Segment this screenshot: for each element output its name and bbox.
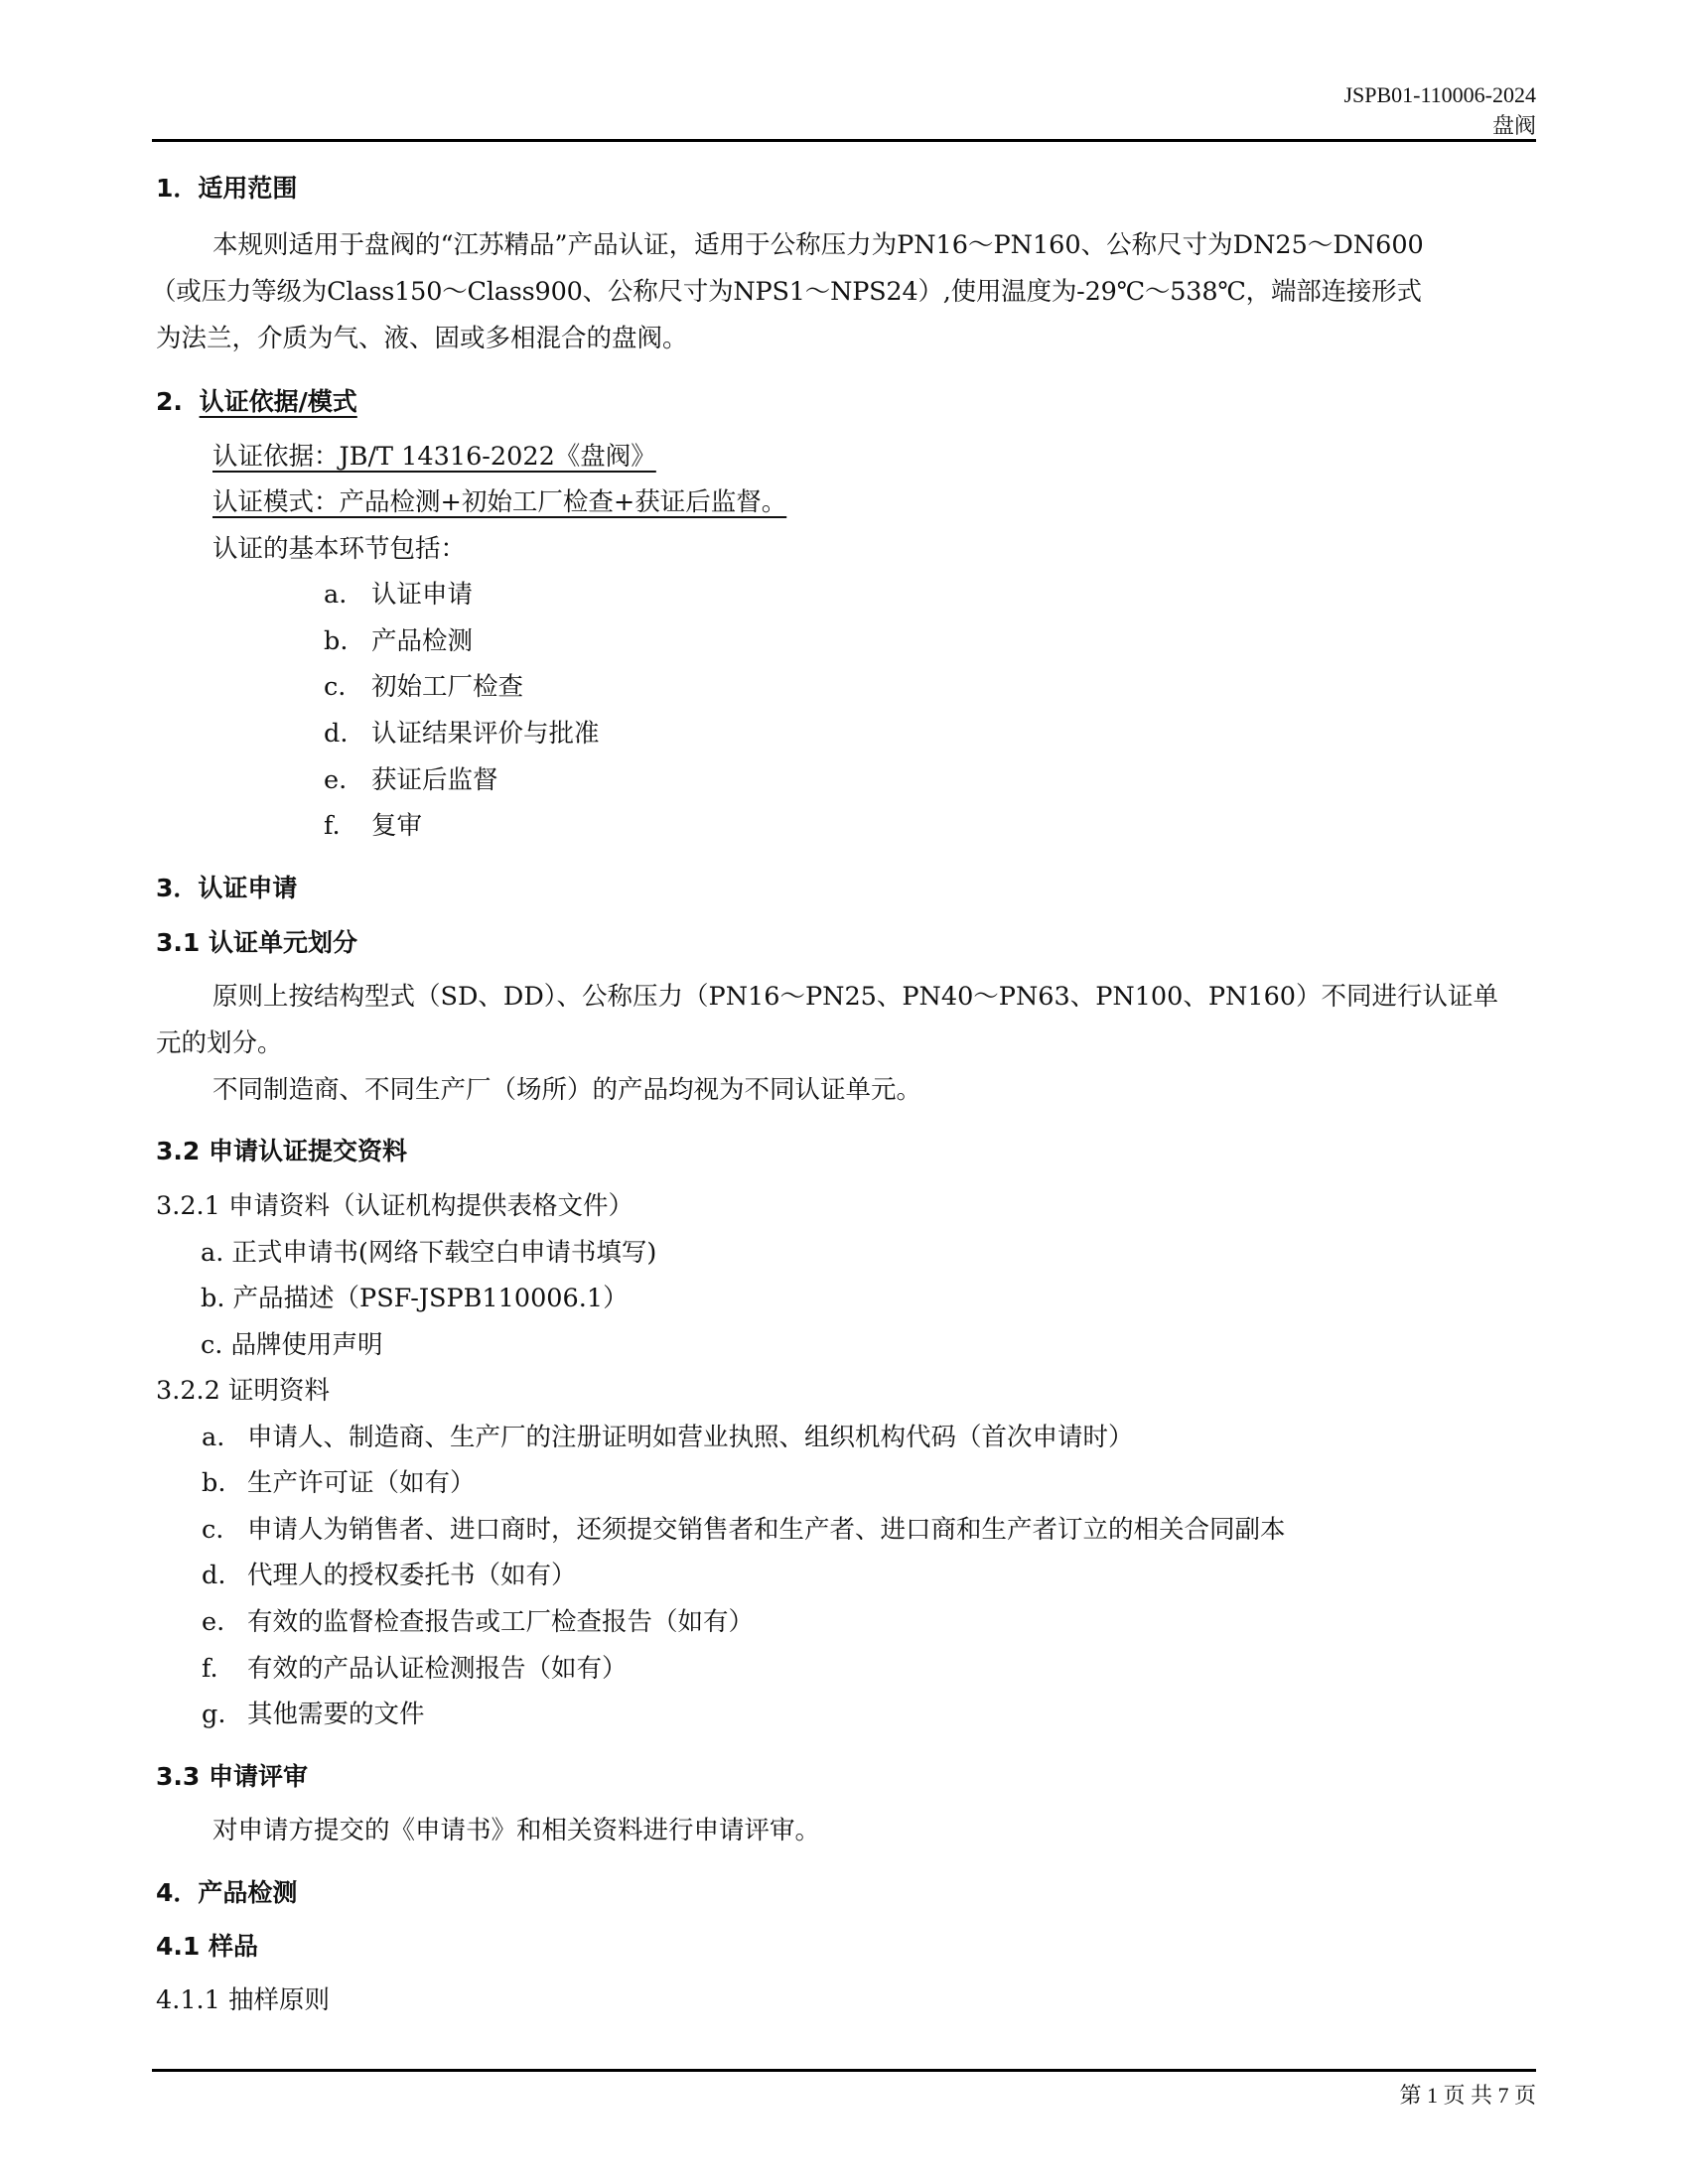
section-3-1-para-line-1: 原则上按结构型式（SD、DD）、公称压力（PN16～PN25、PN40～PN63…: [212, 980, 1498, 1014]
section-4-heading: 4．产品检测: [156, 1876, 297, 1910]
section-3-1-heading: 3.1 认证单元划分: [156, 926, 357, 960]
section-2-title: 认证依据/模式: [200, 387, 357, 416]
proof-doc-item: a.申请人、制造商、生产厂的注册证明如营业执照、组织机构代码（首次申请时）: [202, 1421, 1134, 1454]
section-3-3-para: 对申请方提交的《申请书》和相关资料进行申请评审。: [212, 1814, 820, 1847]
proof-doc-item: d.代理人的授权委托书（如有）: [202, 1559, 577, 1592]
section-4-1-heading: 4.1 样品: [156, 1930, 258, 1964]
section-3-2-heading: 3.2 申请认证提交资料: [156, 1135, 407, 1168]
application-doc-item: c. 品牌使用声明: [201, 1328, 383, 1362]
application-doc-item: b. 产品描述（PSF-JSPB110006.1）: [201, 1282, 629, 1315]
steps-intro: 认证的基本环节包括：: [212, 532, 466, 566]
doc-code: JSPB01-110006-2024: [1343, 79, 1536, 110]
section-3-1-para-line-2: 元的划分。: [156, 1026, 283, 1060]
header-rule: [152, 139, 1536, 142]
proof-doc-item: f.有效的产品认证检测报告（如有）: [202, 1652, 628, 1686]
doc-subject: 盘阀: [1343, 110, 1536, 141]
step-item: f.复审: [324, 809, 422, 843]
page-header: JSPB01-110006-2024 盘阀: [1343, 79, 1536, 141]
section-4-1-1-heading: 4.1.1 抽样原则: [156, 1983, 330, 2017]
step-item: c.初始工厂检查: [324, 670, 523, 704]
section-1-heading: 1．适用范围: [156, 172, 297, 205]
proof-doc-item: c.申请人为销售者、进口商时，还须提交销售者和生产者、进口商和生产者订立的相关合…: [202, 1513, 1286, 1547]
proof-doc-item: g.其他需要的文件: [202, 1698, 425, 1731]
section-3-2-2-heading: 3.2.2 证明资料: [156, 1374, 330, 1408]
section-3-2-1-heading: 3.2.1 申请资料（认证机构提供表格文件）: [156, 1189, 633, 1223]
section-2-heading: 2. 认证依据/模式: [156, 385, 357, 419]
proof-doc-item: e.有效的监督检查报告或工厂检查报告（如有）: [202, 1605, 754, 1639]
section-1-para-line-3: 为法兰，介质为气、液、固或多相混合的盘阀。: [156, 322, 688, 355]
section-1-para-line-2: （或压力等级为Class150～Class900、公称尺寸为NPS1～NPS24…: [151, 275, 1422, 309]
application-doc-item: a. 正式申请书(网络下载空白申请书填写): [201, 1236, 656, 1270]
page-number: 第 1 页 共 7 页: [1399, 2079, 1536, 2110]
certification-basis: 认证依据：JB/T 14316-2022《盘阀》: [212, 440, 656, 474]
document-page: JSPB01-110006-2024 盘阀 1．适用范围 本规则适用于盘阀的“江…: [0, 0, 1688, 2184]
certification-mode: 认证模式：产品检测+初始工厂检查+获证后监督。: [212, 485, 786, 519]
section-3-1-para-2: 不同制造商、不同生产厂（场所）的产品均视为不同认证单元。: [212, 1073, 921, 1107]
proof-doc-item: b.生产许可证（如有）: [202, 1466, 476, 1500]
step-item: b.产品检测: [324, 624, 473, 658]
footer-rule: [152, 2069, 1536, 2072]
step-item: d.认证结果评价与批准: [324, 717, 600, 751]
section-3-heading: 3．认证申请: [156, 872, 297, 905]
step-item: e.获证后监督: [324, 763, 498, 797]
section-3-3-heading: 3.3 申请评审: [156, 1760, 308, 1794]
section-2-number: 2.: [156, 387, 183, 416]
section-1-para-line-1: 本规则适用于盘阀的“江苏精品”产品认证，适用于公称压力为PN16～PN160、公…: [212, 228, 1424, 262]
step-item: a.认证申请: [324, 578, 473, 612]
